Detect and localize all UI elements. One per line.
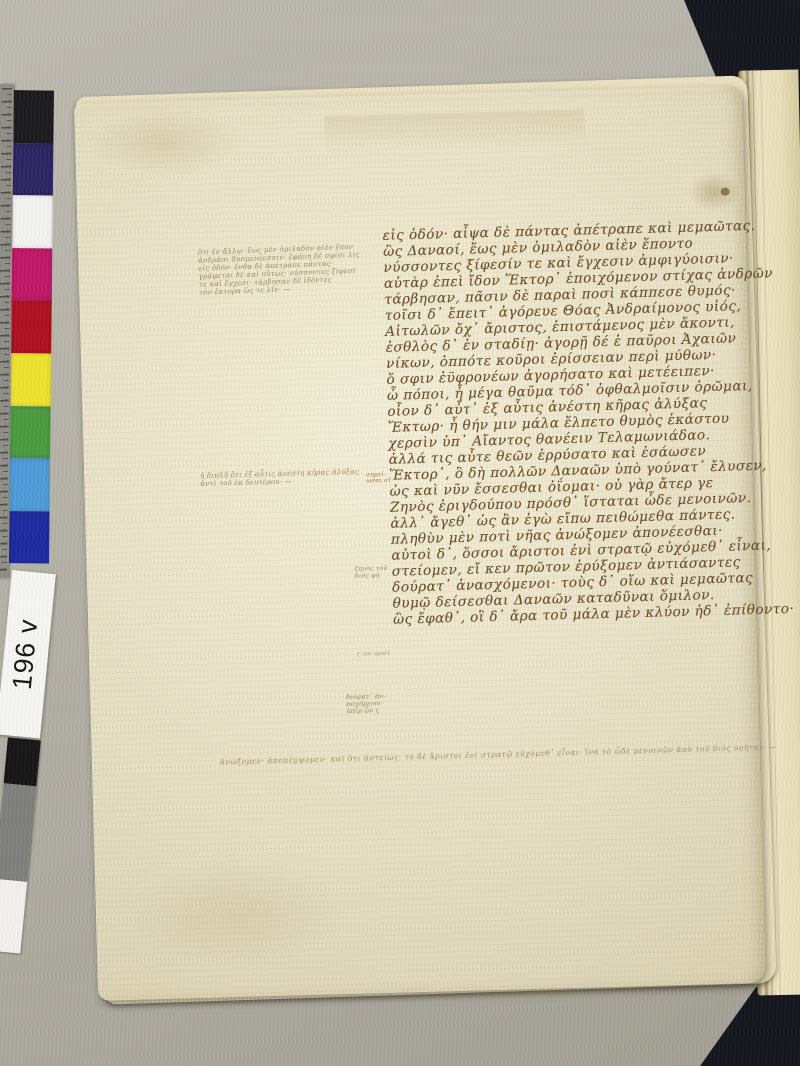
swatch-black: [13, 90, 54, 143]
swatch-white: [12, 195, 53, 248]
swatch-yellow: [11, 353, 52, 406]
marginal-note-three-lines: δούρατ᾽ ἀν-ασχόμενοι·ὑπὲρ ὧν ϛ: [346, 692, 405, 715]
scholion-mid-left: ἡ διπλῆ ὅτι ἐξ αὖτις ἀνέστη κῆρας ἀλύξας…: [200, 468, 345, 488]
swatch-dark-blue: [9, 511, 50, 564]
folio-number-text: 196 v: [7, 617, 45, 691]
folio-number-label: 196 v: [0, 570, 56, 738]
grayscale-patch-gray: [0, 783, 36, 882]
swatch-green: [10, 406, 51, 459]
color-calibration-bar: [0, 84, 55, 579]
text-line: ἀνώξομεν· ἀποπέμψομεν· καὶ ὅτι ἀστείως· …: [220, 743, 765, 767]
scholion-bottom: ἀνώξομεν· ἀποπέμψομεν· καὶ ὅτι ἀστείως· …: [220, 743, 765, 767]
swatch-light-blue: [10, 458, 51, 511]
grayscale-patch-white: [0, 879, 27, 954]
swatch-magenta: [12, 248, 53, 301]
text-line: ὑπὲρ ὧν ϛ: [346, 706, 404, 715]
stain: [88, 105, 240, 179]
grayscale-patch-black: [4, 737, 41, 786]
swatch-dark-navy: [13, 143, 54, 196]
stain: [324, 109, 585, 152]
stain: [688, 171, 741, 212]
parchment-leaf-196v: ὅτι ἐν ἄλλῳ· ἕως μὲν ὁμιλαδὸν αἰὲν ἕπονἀ…: [74, 85, 766, 1001]
folio-label-strip: 196 v: [0, 570, 58, 954]
faint-marginal-note: ϛ τοι πρῶτ̃: [357, 651, 403, 658]
color-swatches: [9, 90, 54, 564]
text-line: ϛ τοι πρῶτ̃: [357, 651, 403, 658]
stain: [721, 187, 730, 195]
scholion-top-left: ὅτι ἐν ἄλλῳ· ἕως μὲν ὁμιλαδὸν αἰὲν ἕπονἀ…: [198, 243, 350, 297]
manuscript-photo: ὅτι ἐν ἄλλῳ· ἕως μὲν ὁμιλαδὸν αἰὲν ἕπονἀ…: [0, 0, 800, 1066]
swatch-red: [11, 301, 52, 354]
main-text-block: εἰς ὁδόν· αἶψα δὲ πάντας ἀπέτραπε καὶ με…: [382, 218, 755, 628]
stain: [125, 856, 348, 972]
